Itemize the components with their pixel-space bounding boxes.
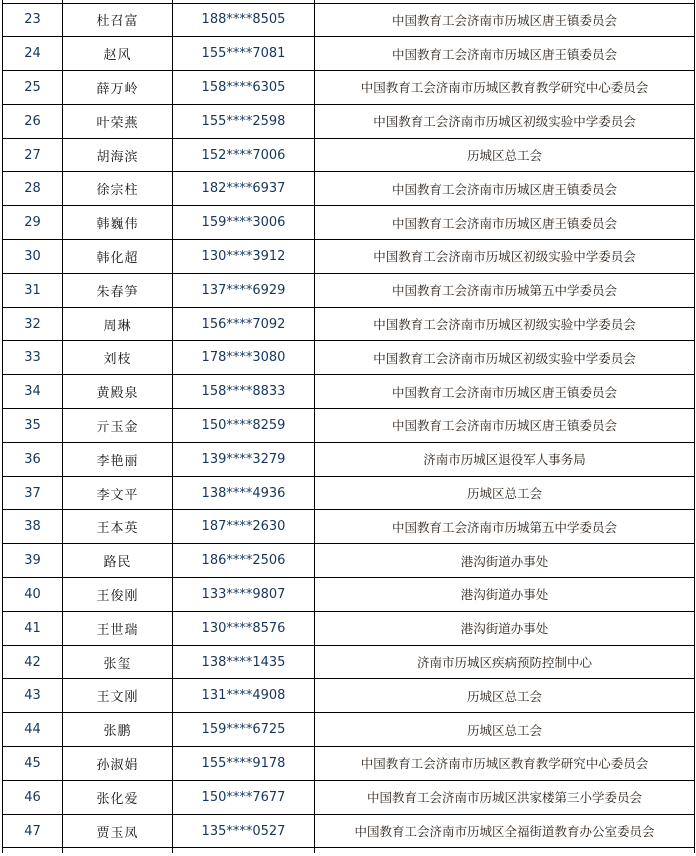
table-row: 30 韩化超 130****3912 中国教育工会济南市历城区初级实验中学委员会 [3,240,695,274]
name-cell: 刘枝 [63,341,173,375]
name-cell: 韩巍伟 [63,206,173,240]
row-number-cell: 23 [3,3,63,37]
organization-cell: 历城区总工会 [315,138,695,172]
organization-cell: 历城区总工会 [315,476,695,510]
phone-cell: 133****9807 [173,578,315,612]
table-row: 23 杜召富 188****8505 中国教育工会济南市历城区唐王镇委员会 [3,3,695,37]
row-number-cell: 37 [3,476,63,510]
phone-cell: 187****2630 [173,510,315,544]
row-number-cell: 32 [3,307,63,341]
organization-cell: 中国教育工会济南市历城区教育教学研究中心委员会 [315,71,695,105]
phone-cell: 158****8833 [173,375,315,409]
table-row: 24 赵风 155****7081 中国教育工会济南市历城区唐王镇委员会 [3,37,695,71]
member-list-page: 23 杜召富 188****8505 中国教育工会济南市历城区唐王镇委员会 24… [0,0,696,855]
name-cell: 徐宗柱 [63,172,173,206]
organization-cell: 中国教育工会济南市历城区全福街道教育办公室委员会 [315,814,695,848]
table-row: 32 周琳 156****7092 中国教育工会济南市历城区初级实验中学委员会 [3,307,695,341]
table-row: 25 薛万岭 158****6305 中国教育工会济南市历城区教育教学研究中心委… [3,71,695,105]
phone-cell: 137****6929 [173,273,315,307]
name-cell: 黄殿泉 [63,375,173,409]
table-row: 31 朱春笋 137****6929 中国教育工会济南市历城第五中学委员会 [3,273,695,307]
row-number-cell: 27 [3,138,63,172]
phone-cell: 155****2598 [173,104,315,138]
name-cell: 叶荣燕 [63,104,173,138]
member-table: 23 杜召富 188****8505 中国教育工会济南市历城区唐王镇委员会 24… [2,0,695,853]
organization-cell: 中国教育工会济南市历城区初级实验中学委员会 [315,240,695,274]
row-number-cell: 40 [3,578,63,612]
phone-cell: 131****4908 [173,679,315,713]
phone-cell: 135****0527 [173,814,315,848]
phone-cell: 130****8576 [173,611,315,645]
organization-cell: 中国教育工会济南市历城区洪家楼第三小学委员会 [315,780,695,814]
row-number-cell: 39 [3,544,63,578]
phone-cell: 155****9178 [173,747,315,781]
row-number-cell: 45 [3,747,63,781]
table-row: 35 亓玉金 150****8259 中国教育工会济南市历城区唐王镇委员会 [3,409,695,443]
row-number-cell: 44 [3,713,63,747]
table-row: 46 张化爱 150****7677 中国教育工会济南市历城区洪家楼第三小学委员… [3,780,695,814]
organization-cell: 中国教育工会济南市历城区初级实验中学委员会 [315,104,695,138]
table-row: 28 徐宗柱 182****6937 中国教育工会济南市历城区唐王镇委员会 [3,172,695,206]
phone-cell: 138****4936 [173,476,315,510]
table-row: 40 王俊刚 133****9807 港沟街道办事处 [3,578,695,612]
name-cell [63,848,173,853]
row-number-cell: 25 [3,71,63,105]
table-row: 29 韩巍伟 159****3006 中国教育工会济南市历城区唐王镇委员会 [3,206,695,240]
organization-cell: 历城区总工会 [315,713,695,747]
name-cell: 薛万岭 [63,71,173,105]
phone-cell: 150****8259 [173,409,315,443]
table-row: 36 李艳丽 139****3279 济南市历城区退役军人事务局 [3,442,695,476]
organization-cell: 中国教育工会济南市历城区唐王镇委员会 [315,3,695,37]
table-row: 44 张鹏 159****6725 历城区总工会 [3,713,695,747]
name-cell: 周琳 [63,307,173,341]
row-number-cell: 26 [3,104,63,138]
name-cell: 张鹏 [63,713,173,747]
row-number-cell: 38 [3,510,63,544]
row-number-cell: 28 [3,172,63,206]
table-row: 26 叶荣燕 155****2598 中国教育工会济南市历城区初级实验中学委员会 [3,104,695,138]
organization-cell: 中国教育工会济南市历城区唐王镇委员会 [315,172,695,206]
organization-cell: 中国教育工会济南市历城区初级实验中学委员会 [315,341,695,375]
phone-cell [173,848,315,853]
organization-cell: 中国教育工会济南市历城区唐王镇委员会 [315,37,695,71]
row-number-cell: 30 [3,240,63,274]
name-cell: 韩化超 [63,240,173,274]
phone-cell: 130****3912 [173,240,315,274]
phone-cell: 138****1435 [173,645,315,679]
organization-cell: 中国教育工会济南市历城区唐王镇委员会 [315,409,695,443]
name-cell: 李文平 [63,476,173,510]
phone-cell: 188****8505 [173,3,315,37]
organization-cell: 港沟街道办事处 [315,611,695,645]
table-row: 38 王本英 187****2630 中国教育工会济南市历城第五中学委员会 [3,510,695,544]
table-row: 47 贾玉凤 135****0527 中国教育工会济南市历城区全福街道教育办公室… [3,814,695,848]
name-cell: 路民 [63,544,173,578]
name-cell: 贾玉凤 [63,814,173,848]
name-cell: 赵风 [63,37,173,71]
table-row: 37 李文平 138****4936 历城区总工会 [3,476,695,510]
organization-cell: 济南市历城区退役军人事务局 [315,442,695,476]
table-row: 33 刘枝 178****3080 中国教育工会济南市历城区初级实验中学委员会 [3,341,695,375]
phone-cell: 178****3080 [173,341,315,375]
row-number-cell: 46 [3,780,63,814]
organization-cell: 济南市历城区疾病预防控制中心 [315,645,695,679]
phone-cell: 152****7006 [173,138,315,172]
name-cell: 张化爱 [63,780,173,814]
organization-cell: 中国教育工会济南市历城区教育教学研究中心委员会 [315,747,695,781]
organization-cell: 中国教育工会济南市历城第五中学委员会 [315,510,695,544]
row-number-cell: 34 [3,375,63,409]
organization-cell: 中国教育工会济南市历城区唐王镇委员会 [315,375,695,409]
name-cell: 王俊刚 [63,578,173,612]
row-number-cell: 35 [3,409,63,443]
name-cell: 张玺 [63,645,173,679]
phone-cell: 139****3279 [173,442,315,476]
phone-cell: 159****6725 [173,713,315,747]
row-number-cell: 31 [3,273,63,307]
table-row: 34 黄殿泉 158****8833 中国教育工会济南市历城区唐王镇委员会 [3,375,695,409]
name-cell: 王本英 [63,510,173,544]
row-number-cell [3,848,63,853]
name-cell: 孙淑娟 [63,747,173,781]
row-number-cell: 42 [3,645,63,679]
phone-cell: 186****2506 [173,544,315,578]
organization-cell: 中国教育工会济南市历城区唐王镇委员会 [315,206,695,240]
name-cell: 胡海滨 [63,138,173,172]
phone-cell: 159****3006 [173,206,315,240]
phone-cell: 155****7081 [173,37,315,71]
row-number-cell: 47 [3,814,63,848]
table-row: 27 胡海滨 152****7006 历城区总工会 [3,138,695,172]
table-row: 42 张玺 138****1435 济南市历城区疾病预防控制中心 [3,645,695,679]
organization-cell: 港沟街道办事处 [315,544,695,578]
phone-cell: 156****7092 [173,307,315,341]
organization-cell [315,848,695,853]
name-cell: 杜召富 [63,3,173,37]
row-number-cell: 24 [3,37,63,71]
table-row-partial-bottom [3,848,695,853]
organization-cell: 中国教育工会济南市历城第五中学委员会 [315,273,695,307]
table-row: 45 孙淑娟 155****9178 中国教育工会济南市历城区教育教学研究中心委… [3,747,695,781]
name-cell: 王世瑞 [63,611,173,645]
organization-cell: 中国教育工会济南市历城区初级实验中学委员会 [315,307,695,341]
row-number-cell: 33 [3,341,63,375]
row-number-cell: 29 [3,206,63,240]
row-number-cell: 36 [3,442,63,476]
row-number-cell: 43 [3,679,63,713]
table-row: 41 王世瑞 130****8576 港沟街道办事处 [3,611,695,645]
row-number-cell: 41 [3,611,63,645]
phone-cell: 182****6937 [173,172,315,206]
member-table-body: 23 杜召富 188****8505 中国教育工会济南市历城区唐王镇委员会 24… [3,0,695,853]
name-cell: 李艳丽 [63,442,173,476]
organization-cell: 历城区总工会 [315,679,695,713]
name-cell: 朱春笋 [63,273,173,307]
phone-cell: 150****7677 [173,780,315,814]
table-row: 39 路民 186****2506 港沟街道办事处 [3,544,695,578]
name-cell: 亓玉金 [63,409,173,443]
organization-cell: 港沟街道办事处 [315,578,695,612]
table-row: 43 王文刚 131****4908 历城区总工会 [3,679,695,713]
name-cell: 王文刚 [63,679,173,713]
phone-cell: 158****6305 [173,71,315,105]
